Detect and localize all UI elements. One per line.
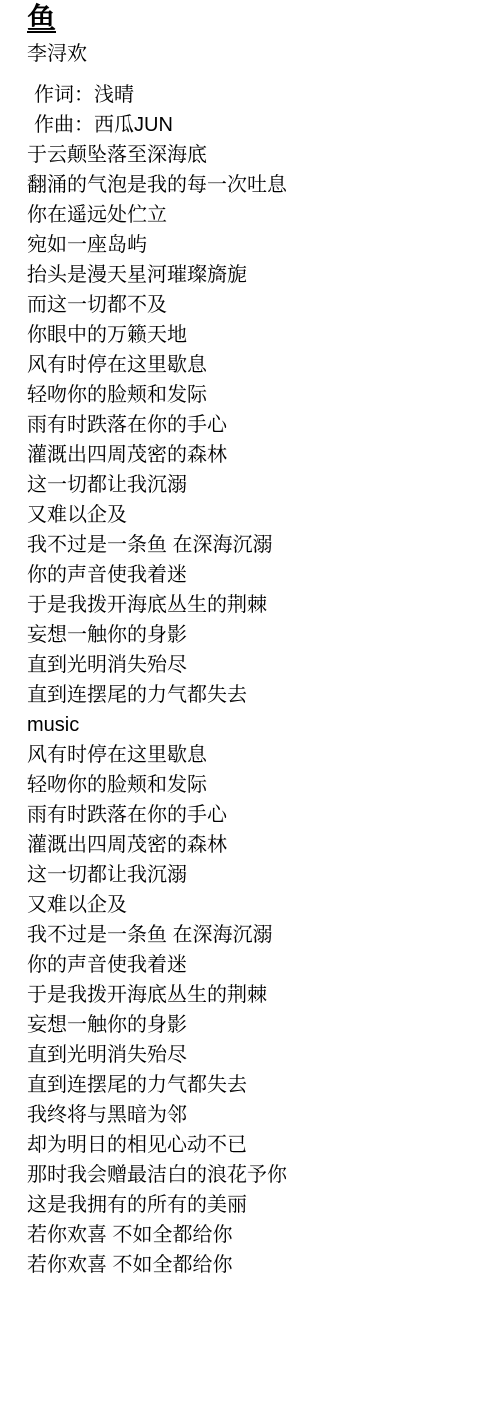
lyric-line: 轻吻你的脸颊和发际 xyxy=(27,770,480,800)
lyric-line: 雨有时跌落在你的手心 xyxy=(27,800,480,830)
credit-lyricist: 作词：浅晴 xyxy=(27,80,480,110)
lyric-line: 抬头是漫天星河璀璨旖旎 xyxy=(27,260,480,290)
lyric-line: 若你欢喜 不如全都给你 xyxy=(27,1250,480,1280)
lyric-line: 翻涌的气泡是我的每一次吐息 xyxy=(27,170,480,200)
lyric-line: 这是我拥有的所有的美丽 xyxy=(27,1190,480,1220)
lyric-line: 你的声音使我着迷 xyxy=(27,560,480,590)
lyric-line: 直到光明消失殆尽 xyxy=(27,650,480,680)
lyric-line: 风有时停在这里歇息 xyxy=(27,350,480,380)
artist-name: 李浔欢 xyxy=(27,44,480,64)
lyric-line: 风有时停在这里歇息 xyxy=(27,740,480,770)
lyric-line: 妄想一触你的身影 xyxy=(27,620,480,650)
lyric-line: 于云颠坠落至深海底 xyxy=(27,140,480,170)
lyric-line: 妄想一触你的身影 xyxy=(27,1010,480,1040)
lyric-line: 于是我拨开海底丛生的荆棘 xyxy=(27,590,480,620)
lyric-line: 我不过是一条鱼 在深海沉溺 xyxy=(27,920,480,950)
lyric-line: 你在遥远处伫立 xyxy=(27,200,480,230)
lyric-line: 我终将与黑暗为邻 xyxy=(27,1100,480,1130)
song-title: 鱼 xyxy=(27,4,56,34)
lyric-line: 直到光明消失殆尽 xyxy=(27,1040,480,1070)
lyric-line: 若你欢喜 不如全都给你 xyxy=(27,1220,480,1250)
lyric-line: 我不过是一条鱼 在深海沉溺 xyxy=(27,530,480,560)
lyric-line: 直到连摆尾的力气都失去 xyxy=(27,1070,480,1100)
credits-and-lyrics: 作词：浅晴 作曲：西瓜JUN 于云颠坠落至深海底 翻涌的气泡是我的每一次吐息 你… xyxy=(27,80,480,1280)
lyric-line: 又难以企及 xyxy=(27,500,480,530)
lyric-line-music-marker: music xyxy=(27,710,480,740)
lyric-line: 又难以企及 xyxy=(27,890,480,920)
lyric-line: 这一切都让我沉溺 xyxy=(27,470,480,500)
lyric-line: 你的声音使我着迷 xyxy=(27,950,480,980)
lyric-line: 直到连摆尾的力气都失去 xyxy=(27,680,480,710)
lyric-line: 轻吻你的脸颊和发际 xyxy=(27,380,480,410)
lyric-line: 灌溉出四周茂密的森林 xyxy=(27,830,480,860)
lyric-line: 你眼中的万籁天地 xyxy=(27,320,480,350)
lyric-line: 宛如一座岛屿 xyxy=(27,230,480,260)
lyric-line: 那时我会赠最洁白的浪花予你 xyxy=(27,1160,480,1190)
lyric-line: 这一切都让我沉溺 xyxy=(27,860,480,890)
lyric-line: 雨有时跌落在你的手心 xyxy=(27,410,480,440)
lyrics-page: 鱼 李浔欢 作词：浅晴 作曲：西瓜JUN 于云颠坠落至深海底 翻涌的气泡是我的每… xyxy=(0,0,500,1420)
credit-composer: 作曲：西瓜JUN xyxy=(27,110,480,140)
lyric-line: 灌溉出四周茂密的森林 xyxy=(27,440,480,470)
lyric-line: 却为明日的相见心动不已 xyxy=(27,1130,480,1160)
lyric-line: 而这一切都不及 xyxy=(27,290,480,320)
lyric-line: 于是我拨开海底丛生的荆棘 xyxy=(27,980,480,1010)
